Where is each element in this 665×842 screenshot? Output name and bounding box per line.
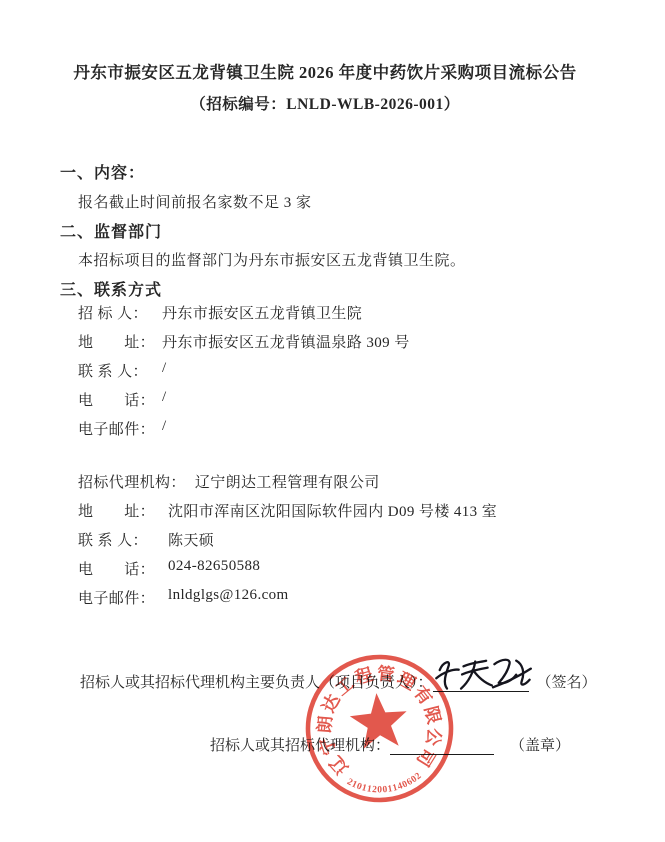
signature-line: 招标人或其招标代理机构主要负责人（项目负责人）： （签名）	[80, 671, 597, 692]
signature-line-label: 招标人或其招标代理机构主要负责人（项目负责人）：	[80, 671, 433, 692]
row-label: 招 标 人：	[78, 302, 162, 323]
svg-text:0: 0	[377, 785, 382, 795]
svg-text:1: 1	[350, 780, 359, 791]
seal-line-label: 招标人或其招标代理机构：	[210, 734, 390, 755]
svg-text:6: 6	[405, 777, 414, 788]
svg-text:2: 2	[372, 785, 378, 795]
section-body-supervision: 本招标项目的监督部门为丹东市振安区五龙背镇卫生院。	[78, 249, 466, 270]
row-label: 联 系 人：	[78, 360, 162, 381]
agency-row-contact-person: 联 系 人： 陈天硕	[78, 529, 214, 550]
row-label: 电 话：	[78, 558, 162, 579]
svg-text:1: 1	[361, 783, 368, 794]
svg-text:0: 0	[355, 781, 363, 792]
svg-text:0: 0	[401, 779, 410, 790]
signature-line-suffix: （签名）	[537, 671, 597, 692]
svg-text:辽: 辽	[325, 752, 352, 779]
tenderer-row-name: 招 标 人： 丹东市振安区五龙背镇卫生院	[78, 302, 362, 323]
signature-handwriting	[431, 650, 535, 696]
svg-text:2: 2	[345, 777, 354, 788]
row-value: 沈阳市浑南区沈阳国际软件园内 D09 号楼 413 室	[162, 500, 497, 521]
section-heading-supervision: 二、监督部门	[60, 219, 162, 242]
row-value: /	[162, 389, 167, 410]
seal-line: 招标人或其招标代理机构： （盖章）	[210, 734, 570, 755]
section-body-content: 报名截止时间前报名家数不足 3 家	[78, 191, 312, 212]
row-value: 辽宁朗达工程管理有限公司	[195, 471, 380, 492]
seal-line-suffix: （盖章）	[510, 734, 570, 755]
tenderer-row-phone: 电 话： /	[78, 389, 167, 410]
agency-row-address: 地 址： 沈阳市浑南区沈阳国际软件园内 D09 号楼 413 室	[78, 500, 497, 521]
row-value: 陈天硕	[162, 529, 214, 550]
row-label: 地 址：	[78, 500, 162, 521]
tenderer-row-email: 电子邮件： /	[78, 418, 167, 439]
svg-text:1: 1	[392, 783, 399, 794]
row-value: 丹东市振安区五龙背镇温泉路 309 号	[162, 331, 410, 352]
tenderer-row-address: 地 址： 丹东市振安区五龙背镇温泉路 309 号	[78, 331, 410, 352]
svg-text:1: 1	[366, 784, 373, 795]
agency-row-email: 电子邮件： lnldglgs@126.com	[78, 587, 289, 608]
row-label: 电 话：	[78, 389, 162, 410]
document-subtitle: （招标编号：LNLD-WLB-2026-001）	[0, 92, 650, 114]
row-label: 电子邮件：	[78, 587, 162, 608]
agency-row-phone: 电 话： 024-82650588	[78, 558, 260, 579]
row-label: 电子邮件：	[78, 418, 162, 439]
seal-field	[390, 735, 494, 755]
row-value: /	[162, 418, 167, 439]
signature-field	[433, 672, 529, 692]
row-label: 地 址：	[78, 331, 162, 352]
section-heading-content: 一、内容：	[60, 160, 145, 183]
row-label: 招标代理机构：	[78, 471, 186, 492]
row-value: 024-82650588	[162, 558, 260, 579]
svg-text:0: 0	[382, 785, 388, 795]
agency-row-name: 招标代理机构： 辽宁朗达工程管理有限公司	[78, 471, 380, 492]
tenderer-row-contact-person: 联 系 人： /	[78, 360, 167, 381]
svg-text:朗: 朗	[314, 715, 335, 734]
document-title: 丹东市振安区五龙背镇卫生院 2026 年度中药饮片采购项目流标公告	[0, 59, 650, 83]
row-value: lnldglgs@126.com	[162, 587, 289, 608]
row-label: 联 系 人：	[78, 529, 162, 550]
svg-text:1: 1	[387, 784, 394, 795]
svg-text:2: 2	[413, 771, 423, 782]
svg-text:达: 达	[318, 691, 344, 716]
svg-text:0: 0	[410, 774, 420, 785]
section-heading-contact: 三、联系方式	[60, 277, 162, 300]
row-value: /	[162, 360, 167, 381]
svg-text:4: 4	[396, 781, 404, 792]
document-page: 丹东市振安区五龙背镇卫生院 2026 年度中药饮片采购项目流标公告 （招标编号：…	[0, 0, 665, 842]
row-value: 丹东市振安区五龙背镇卫生院	[162, 302, 362, 323]
